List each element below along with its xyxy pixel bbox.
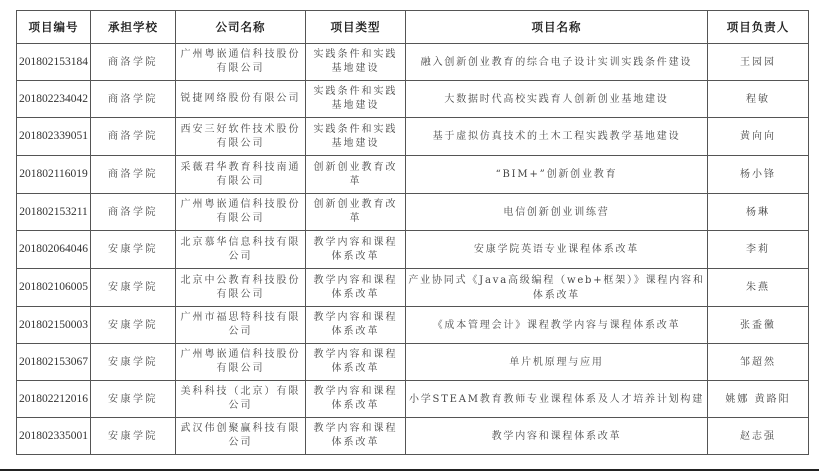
- cell-leader: 杨琳: [708, 194, 809, 231]
- cell-company: 采薇君华教育科技南通有限公司: [176, 156, 306, 194]
- cell-project-name: 电信创新创业训练营: [406, 194, 708, 231]
- cell-project-type: 实践条件和实践基地建设: [306, 44, 406, 81]
- cell-project-name: 融入创新创业教育的综合电子设计实训实践条件建设: [406, 44, 708, 81]
- table-row: 201802153067 安康学院 广州粤嵌通信科技股份有限公司 教学内容和课程…: [17, 344, 809, 381]
- cell-company: 广州粤嵌通信科技股份有限公司: [176, 344, 306, 381]
- cell-company: 北京慕华信息科技有限公司: [176, 231, 306, 269]
- cell-project-type: 教学内容和课程体系改革: [306, 307, 406, 344]
- table-row: 201802212016 安康学院 美科科技（北京）有限公司 教学内容和课程体系…: [17, 381, 809, 418]
- table-row: 201802116019 商洛学院 采薇君华教育科技南通有限公司 创新创业教育改…: [17, 156, 809, 194]
- cell-project-name: “BIM+”创新创业教育: [406, 156, 708, 194]
- cell-company: 广州粤嵌通信科技股份有限公司: [176, 44, 306, 81]
- cell-school: 商洛学院: [91, 44, 176, 81]
- cell-leader: 王园园: [708, 44, 809, 81]
- cell-project-type: 教学内容和课程体系改革: [306, 269, 406, 307]
- cell-school: 商洛学院: [91, 156, 176, 194]
- cell-school: 安康学院: [91, 418, 176, 455]
- cell-project-type: 教学内容和课程体系改革: [306, 381, 406, 418]
- cell-school: 安康学院: [91, 269, 176, 307]
- cell-project-id: 201802106005: [17, 269, 91, 307]
- table-row: 201802153211 商洛学院 广州粤嵌通信科技股份有限公司 创新创业教育改…: [17, 194, 809, 231]
- cell-project-type: 创新创业教育改革: [306, 194, 406, 231]
- table-header-row: 项目编号 承担学校 公司名称 项目类型 项目名称 项目负责人: [17, 11, 809, 44]
- cell-school: 安康学院: [91, 344, 176, 381]
- cell-project-name: 《成本管理会计》课程教学内容与课程体系改革: [406, 307, 708, 344]
- cell-school: 商洛学院: [91, 81, 176, 118]
- cell-school: 商洛学院: [91, 194, 176, 231]
- cell-company: 美科科技（北京）有限公司: [176, 381, 306, 418]
- cell-school: 商洛学院: [91, 118, 176, 156]
- header-company: 公司名称: [176, 11, 306, 44]
- cell-leader: 邹超然: [708, 344, 809, 381]
- cell-company: 西安三好软件技术股份有限公司: [176, 118, 306, 156]
- cell-leader: 张盉黴: [708, 307, 809, 344]
- cell-leader: 赵志强: [708, 418, 809, 455]
- cell-project-type: 教学内容和课程体系改革: [306, 344, 406, 381]
- table-row: 201802339051 商洛学院 西安三好软件技术股份有限公司 实践条件和实践…: [17, 118, 809, 156]
- cell-project-name: 产业协同式《Java高级编程（web+框架）》课程内容和体系改革: [406, 269, 708, 307]
- table-row: 201802106005 安康学院 北京中公教育科技股份有限公司 教学内容和课程…: [17, 269, 809, 307]
- cell-project-type: 实践条件和实践基地建设: [306, 118, 406, 156]
- cell-company: 武汉伟创聚赢科技有限公司: [176, 418, 306, 455]
- cell-project-type: 教学内容和课程体系改革: [306, 418, 406, 455]
- cell-project-id: 201802153184: [17, 44, 91, 81]
- cell-project-id: 201802234042: [17, 81, 91, 118]
- cell-school: 安康学院: [91, 307, 176, 344]
- cell-project-name: 基于虚拟仿真技术的土木工程实践教学基地建设: [406, 118, 708, 156]
- cell-leader: 黄向向: [708, 118, 809, 156]
- cell-school: 安康学院: [91, 231, 176, 269]
- cell-leader: 李莉: [708, 231, 809, 269]
- cell-company: 广州市福思特科技有限公司: [176, 307, 306, 344]
- cell-project-id: 201802335001: [17, 418, 91, 455]
- cell-project-id: 201802153067: [17, 344, 91, 381]
- cell-project-type: 实践条件和实践基地建设: [306, 81, 406, 118]
- header-school: 承担学校: [91, 11, 176, 44]
- cell-project-name: 教学内容和课程体系改革: [406, 418, 708, 455]
- cell-project-type: 创新创业教育改革: [306, 156, 406, 194]
- cell-leader: 朱燕: [708, 269, 809, 307]
- cell-company: 广州粤嵌通信科技股份有限公司: [176, 194, 306, 231]
- cell-project-id: 201802212016: [17, 381, 91, 418]
- table-row: 201802335001 安康学院 武汉伟创聚赢科技有限公司 教学内容和课程体系…: [17, 418, 809, 455]
- table-row: 201802153184 商洛学院 广州粤嵌通信科技股份有限公司 实践条件和实践…: [17, 44, 809, 81]
- cell-project-name: 小学STEAM教育教师专业课程体系及人才培养计划构建: [406, 381, 708, 418]
- header-leader: 项目负责人: [708, 11, 809, 44]
- table-row: 201802064046 安康学院 北京慕华信息科技有限公司 教学内容和课程体系…: [17, 231, 809, 269]
- cell-project-name: 单片机原理与应用: [406, 344, 708, 381]
- cell-project-id: 201802339051: [17, 118, 91, 156]
- cell-company: 北京中公教育科技股份有限公司: [176, 269, 306, 307]
- cell-project-id: 201802153211: [17, 194, 91, 231]
- header-project-type: 项目类型: [306, 11, 406, 44]
- table-row: 201802150003 安康学院 广州市福思特科技有限公司 教学内容和课程体系…: [17, 307, 809, 344]
- cell-project-name: 安康学院英语专业课程体系改革: [406, 231, 708, 269]
- cell-company: 锐捷网络股份有限公司: [176, 81, 306, 118]
- cell-project-name: 大数据时代高校实践育人创新创业基地建设: [406, 81, 708, 118]
- header-project-name: 项目名称: [406, 11, 708, 44]
- cell-project-id: 201802064046: [17, 231, 91, 269]
- cell-leader: 姚娜 黄路阳: [708, 381, 809, 418]
- project-table: 项目编号 承担学校 公司名称 项目类型 项目名称 项目负责人 201802153…: [16, 10, 809, 455]
- cell-leader: 程敏: [708, 81, 809, 118]
- cell-school: 安康学院: [91, 381, 176, 418]
- cell-project-id: 201802116019: [17, 156, 91, 194]
- page-footer-divider: [0, 469, 819, 471]
- cell-project-type: 教学内容和课程体系改革: [306, 231, 406, 269]
- cell-leader: 杨小锋: [708, 156, 809, 194]
- cell-project-id: 201802150003: [17, 307, 91, 344]
- header-project-id: 项目编号: [17, 11, 91, 44]
- table-row: 201802234042 商洛学院 锐捷网络股份有限公司 实践条件和实践基地建设…: [17, 81, 809, 118]
